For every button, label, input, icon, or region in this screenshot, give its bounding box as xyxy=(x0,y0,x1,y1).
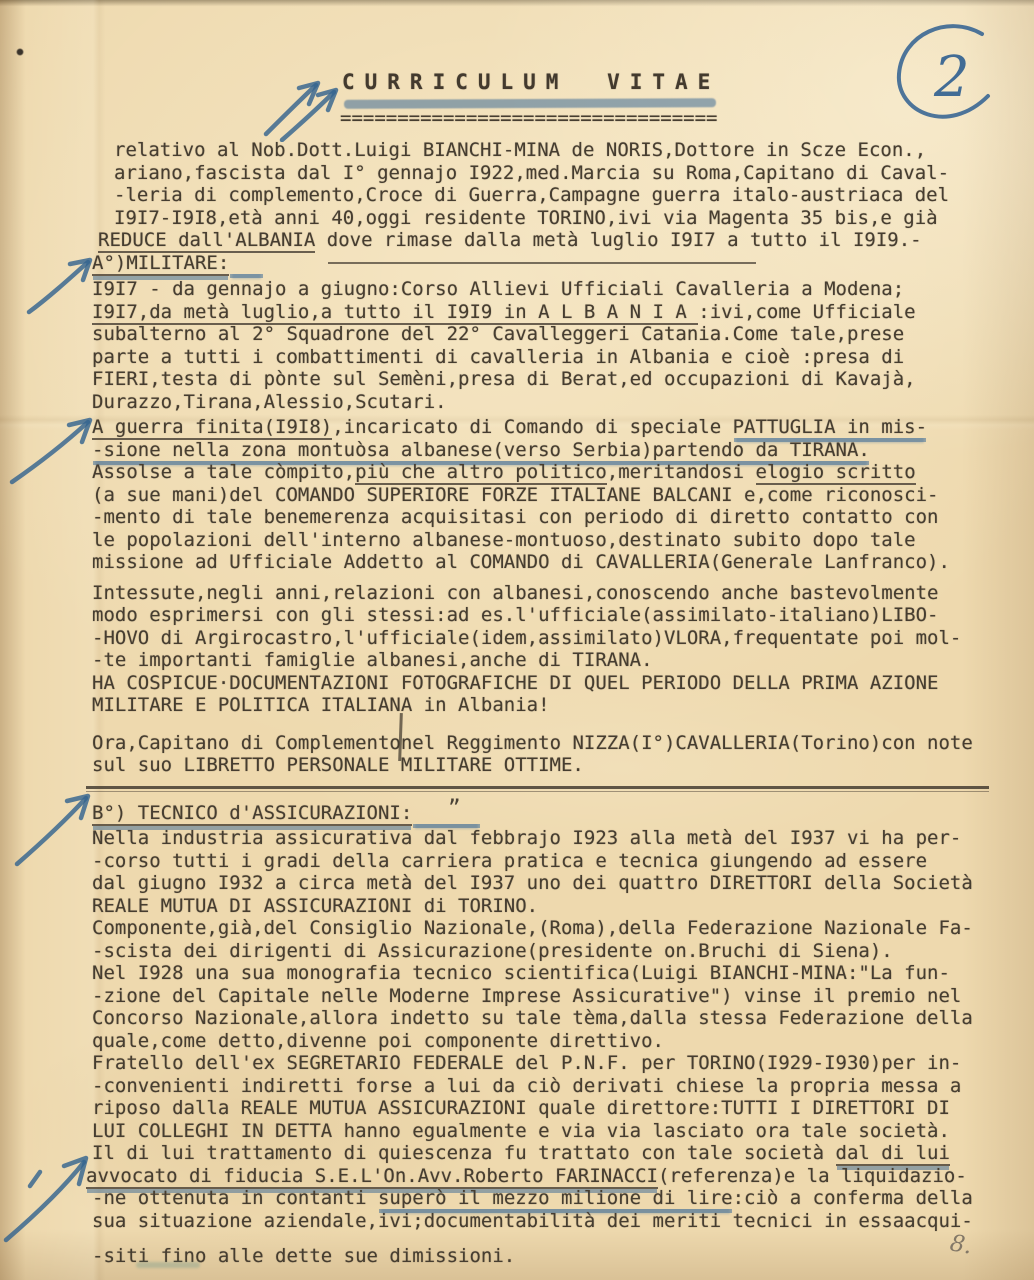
typed-line: -leria di complemento,Croce di Guerra,Ca… xyxy=(114,184,997,207)
typed-line: Fratello dell'ex SEGRETARIO FEDERALE del… xyxy=(92,1052,997,1075)
typed-line: REDUCE dall'ALBANIA dove rimase dalla me… xyxy=(98,229,997,252)
typed-line: sua situazione aziendale,ivi;documentabi… xyxy=(92,1210,997,1233)
typed-line: Durazzo,Tirana,Alessio,Scutari. xyxy=(92,391,997,414)
typed-line: Componente,già,del Consiglio Nazionale,(… xyxy=(92,917,997,940)
typed-line: I9I7,da metà luglio,a tutto il I9I9 in A… xyxy=(92,301,997,324)
typed-line: dal giugno I932 a circa metà del I937 un… xyxy=(92,872,997,895)
typed-line: relativo al Nob.Dott.Luigi BIANCHI-MINA … xyxy=(114,139,997,162)
margin-arrow-militare-icon xyxy=(24,252,98,318)
typed-line: -zione del Capitale nelle Moderne Impres… xyxy=(92,985,997,1008)
typed-line: -ne ottenuta in contanti superò il mezzo… xyxy=(92,1187,997,1210)
typed-equals-underline: ================================= xyxy=(340,107,718,129)
typed-line: -HOVO di Argirocastro,l'ufficiale(idem,a… xyxy=(92,627,997,650)
typed-line: sul suo LIBRETTO PERSONALE MILITARE OTTI… xyxy=(92,754,997,777)
ruled-line xyxy=(328,262,756,264)
typed-line: I9I7-I9I8,età anni 40,oggi residente TOR… xyxy=(114,207,997,230)
document-page: CURRICULUM VITAE =======================… xyxy=(0,0,1034,1280)
ditto-mark: ” xyxy=(448,796,461,820)
typed-line: Ora,Capitano di Complementonel Reggiment… xyxy=(92,732,997,755)
typed-line: quale,come detto,divenne poi componente … xyxy=(92,1030,997,1053)
typed-line: HA COSPICUE·DOCUMENTAZIONI FOTOGRAFICHE … xyxy=(92,672,997,695)
page-number-text: 2 xyxy=(933,45,970,110)
typed-line: FIERI,testa di pònte sul Semèni,presa di… xyxy=(92,368,997,391)
typed-line: le popolazioni dell'interno albanese-mon… xyxy=(92,529,997,552)
margin-arrow-avvocato-icon xyxy=(0,1144,100,1246)
typed-line: subalterno al 2° Squadrone del 22° Caval… xyxy=(92,323,997,346)
typed-line: LUI COLLEGHI IN DETTA hanno egualmente e… xyxy=(92,1120,997,1143)
typed-line: REALE MUTUA DI ASSICURAZIONI di TORINO. xyxy=(92,895,997,918)
typed-line: ariano,fascista dal I° gennajo I922,med.… xyxy=(114,162,997,185)
page-title: CURRICULUM VITAE xyxy=(342,70,742,94)
typed-line: A°)MILITARE: xyxy=(92,252,997,275)
pencil-smudge xyxy=(136,1262,200,1268)
typed-line: modo esprimersi con gli stessi:ad es.l'u… xyxy=(92,604,997,627)
handwritten-page-number: 2 xyxy=(886,20,1008,132)
typed-line: I9I7 - da gennajo a giugno:Corso Allievi… xyxy=(92,278,997,301)
typed-line: Nel I928 una sua monografia tecnico scie… xyxy=(92,962,997,985)
typed-line: -corso tutti i gradi della carriera prat… xyxy=(92,850,997,873)
typed-line: Nella industria assicurativa dal febbraj… xyxy=(92,827,997,850)
margin-arrow-tecnico-icon xyxy=(12,786,98,870)
typed-line: Concorso Nazionale,allora indetto su tal… xyxy=(92,1007,997,1030)
typed-body: relativo al Nob.Dott.Luigi BIANCHI-MINA … xyxy=(92,139,997,1268)
typed-line: -sione nella zona montuòsa albanese(vers… xyxy=(92,439,997,462)
typed-line: -scista dei dirigenti di Assicurazione(p… xyxy=(92,940,997,963)
typed-line: -mento di tale benemerenza acquisitasi c… xyxy=(92,506,997,529)
typed-line: -convenienti indiretti forse a lui da ci… xyxy=(92,1075,997,1098)
typed-line: parte a tutti i combattimenti di cavalle… xyxy=(92,346,997,369)
typed-line: Assolse a tale còmpito,più che altro pol… xyxy=(92,461,997,484)
section-divider xyxy=(86,786,989,792)
title-block: CURRICULUM VITAE =======================… xyxy=(342,70,742,94)
typed-line: missione ad Ufficiale Addetto al COMANDO… xyxy=(92,551,997,574)
typed-line: (a sue mani)del COMANDO SUPERIORE FORZE … xyxy=(92,484,997,507)
typed-line: A guerra finita(I9I8),incaricato di Coma… xyxy=(92,416,997,439)
typed-line: riposo dalla REALE MUTUA ASSICURAZIONI q… xyxy=(92,1097,997,1120)
typed-line: Intessute,negli anni,relazioni con alban… xyxy=(92,582,997,605)
typed-line: -te importanti famiglie albanesi,anche d… xyxy=(92,649,997,672)
typed-line: MILITARE E POLITICA ITALIANA in Albania! xyxy=(92,694,997,717)
margin-arrow-guerra-icon xyxy=(6,410,100,488)
sheet-number: 8. xyxy=(948,1230,974,1259)
typed-line: -siti fino alle dette sue dimissioni. xyxy=(92,1245,997,1268)
title-arrow-icon xyxy=(258,58,350,142)
typed-line: avvocato di fiducia S.E.L'On.Avv.Roberto… xyxy=(86,1165,997,1188)
typed-line: B°) TECNICO d'ASSICURAZIONI: xyxy=(92,802,997,825)
typed-line: Il di lui trattamento di quiescenza fu t… xyxy=(92,1142,997,1165)
